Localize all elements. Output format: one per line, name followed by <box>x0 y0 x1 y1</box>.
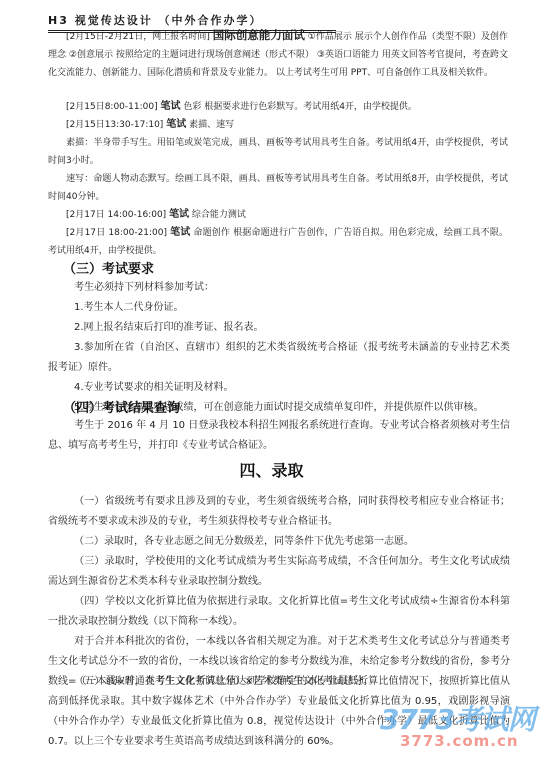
admission-paragraph: （四）学校以文化折算比值为依据进行录取。文化折算比值=考生文化考试成绩÷生源省份… <box>48 592 510 632</box>
schedule-time: [2月17日 14:00-16:00] <box>66 210 166 220</box>
schedule-sketch: [2月15日13:30-17:10] 笔试 素描、速写 <box>48 116 508 134</box>
paragraph-text: （一）省级统考有要求且涉及到的专业，考生须省级统考合格，同时获得校考相应专业合格… <box>48 496 510 527</box>
exam-type: 笔试 <box>160 101 180 112</box>
result-query-text: 考生于 2016 年 4 月 10 日登录我校本科招生网报名系统进行查询。专业考… <box>48 416 510 456</box>
schedule-text: 素描、速写 <box>186 120 234 130</box>
schedule-color: [2月15日8:00-11:00] 笔试 色彩 根据要求进行色彩默写。考试用纸4… <box>48 98 508 116</box>
document-page: H3 视觉传达设计 （中外合作办学） [2月15日-2月21日，网上报名时间] … <box>0 0 543 764</box>
paragraph-text: （四）学校以文化折算比值为依据进行录取。文化折算比值=考生文化考试成绩÷生源省份… <box>48 596 510 627</box>
schedule-text: 色彩 根据要求进行色彩默写。考试用纸4开，由学校提供。 <box>180 102 416 112</box>
watermark-url: 3773.com.cn <box>400 732 519 750</box>
item-text: 3.参加所在省（自治区、直辖市）组织的艺术类省级统考合格证（报考统考未涵盖的专业… <box>48 342 510 373</box>
schedule-text: 综合能力测试 <box>189 210 246 220</box>
schedule-time: [2月15日13:30-17:10] <box>66 120 163 130</box>
section-heading-exam-requirements: （三）考试要求 <box>63 261 154 279</box>
paragraph-text: （二）录取时，各专业志愿之间无分数级差，同等条件下优先考虑第一志愿。 <box>74 536 414 547</box>
intro-text: 考生必须持下列材料参加考试： <box>74 282 214 293</box>
query-text: 考生于 2016 年 4 月 10 日登录我校本科招生网报名系统进行查询。专业考… <box>48 420 510 451</box>
exam-type: 笔试 <box>169 209 189 220</box>
quick-sketch-detail: 速写：命题人物动态默写。绘画工具不限，画具、画板等考试用具考生自备。考试用纸8开… <box>48 170 508 206</box>
item-text: 2.网上报名结束后打印的准考证、报名表。 <box>74 322 264 333</box>
schedule-comprehensive: [2月17日 14:00-16:00] 笔试 综合能力测试 <box>48 206 508 224</box>
sketch-detail: 素描：半身带手写生。用铅笔或炭笔完成，画具、画板等考试用具考生自备。考试用纸4开… <box>48 134 508 170</box>
paragraph-text: （三）录取时，学校使用的文化考试成绩为考生实际高考成绩，不含任何加分。考生文化考… <box>48 556 510 587</box>
schedule-text: 素描：半身带手写生。用铅笔或炭笔完成，画具、画板等考试用具考生自备。考试用纸4开… <box>48 138 508 166</box>
requirement-item: 3.参加所在省（自治区、直辖市）组织的艺术类省级统考合格证（报考统考未涵盖的专业… <box>48 338 510 378</box>
admission-paragraph: （一）省级统考有要求且涉及到的专业，考生须省级统考合格，同时获得校考相应专业合格… <box>48 492 510 532</box>
schedule-time: [2月15日8:00-11:00] <box>66 102 158 112</box>
admission-paragraph: （三）录取时，学校使用的文化考试成绩为考生实际高考成绩，不含任何加分。考生文化考… <box>48 552 510 592</box>
item-text: 1.考生本人二代身份证。 <box>74 302 184 313</box>
requirements-intro: 考生必须持下列材料参加考试： <box>48 278 510 298</box>
schedule-text: 速写：命题人物动态默写。绘画工具不限，画具、画板等考试用具考生自备。考试用纸8开… <box>48 174 508 202</box>
item-text: 4.专业考试要求的相关证明及材料。 <box>74 382 234 393</box>
schedule-time: [2月17日 18:00-21:00] <box>66 228 167 238</box>
section-heading-admission: 四、录取 <box>0 458 543 481</box>
schedule-time: [2月15日-2月21日，网上报名时间] <box>66 32 210 42</box>
requirement-item: 1.考生本人二代身份证。 <box>48 298 510 318</box>
requirement-item: 4.专业考试要求的相关证明及材料。 <box>48 378 510 398</box>
schedule-interview: [2月15日-2月21日，网上报名时间] 国际创意能力面试 ①作品展示 展示个人… <box>48 26 508 82</box>
requirement-item: 2.网上报名结束后打印的准考证、报名表。 <box>48 318 510 338</box>
exam-type: 笔试 <box>166 119 186 130</box>
exam-type: 国际创意能力面试 <box>213 28 305 42</box>
schedule-creation: [2月17日 18:00-21:00] 笔试 命题创作 根据命题进行广告创作，广… <box>48 224 508 260</box>
exam-type: 笔试 <box>170 227 190 238</box>
admission-paragraph: （二）录取时，各专业志愿之间无分数级差，同等条件下优先考虑第一志愿。 <box>48 532 510 552</box>
